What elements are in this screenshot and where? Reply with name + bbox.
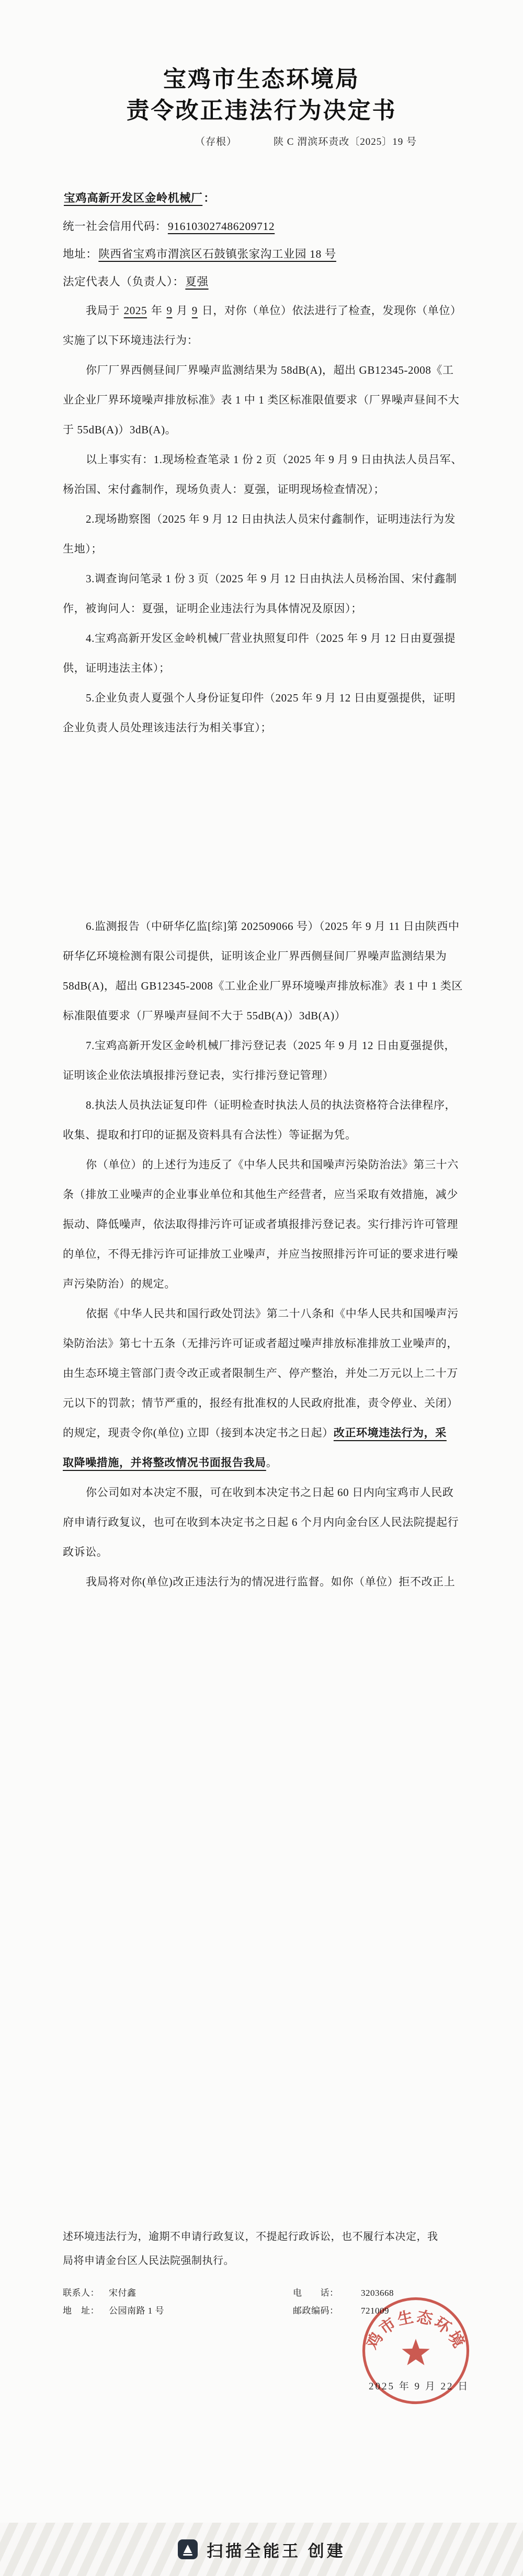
body-line: 供，证明违法主体）； xyxy=(63,653,465,683)
body-line: 5.企业负责人夏强个人身份证复印件（2025 年 9 月 12 日由夏强提供，证… xyxy=(63,683,465,713)
postcode-label: 邮政编码： xyxy=(293,2303,361,2319)
body-line: 你（单位）的上述行为违反了《中华人民共和国噪声污染防治法》第三十六 xyxy=(63,1150,465,1180)
correction-order-emphasis: 改正环境违法行为，采 xyxy=(334,1427,447,1439)
scanned-document-page: { "doc": { "title1": "宝鸡市生态环境局", "title2… xyxy=(0,0,523,2576)
body-line: 你厂厂界西侧昼间厂界噪声监测结果为 58dB(A)，超出 GB12345-200… xyxy=(63,355,465,385)
body-line: 证明该企业依法填报排污登记表，实行排污登记管理） xyxy=(63,1061,465,1090)
inspection-year: 2025 xyxy=(123,304,148,317)
body-line: 生地）； xyxy=(63,534,465,564)
body-line: 以上事实有：1.现场检查笔录 1 份 2 页（2025 年 9 月 9 日由执法… xyxy=(63,445,465,475)
body-line: 政诉讼。 xyxy=(63,1537,465,1567)
enforcement-notice: 述环境违法行为，逾期不申请行政复议，不提起行政诉讼，也不履行本决定，我 局将申请… xyxy=(63,2225,471,2273)
body-line: 染防治法》第七十五条（无排污许可证或者超过噪声排放标准排放工业噪声的， xyxy=(63,1329,465,1359)
body-line: 研华亿环境检测有限公司提供，证明该企业厂界西侧昼间厂界噪声监测结果为 xyxy=(63,941,465,971)
stub-row: （存根） 陕 C 渭滨环责改〔2025〕19 号 xyxy=(44,134,523,148)
body-block-2: 6.监测报告（中研华亿监[综]第 202509066 号）（2025 年 9 月… xyxy=(63,912,465,1597)
recipient-colon: ： xyxy=(203,192,215,204)
inspection-day: 9 xyxy=(191,304,199,317)
body-line: 你公司如对本决定不服，可在收到本决定书之日起 60 日内向宝鸡市人民政 xyxy=(63,1478,465,1508)
inspection-date-line: 我局于 2025 年 9 月 9 日，对你（单位）依法进行了检查，发现你（单位） xyxy=(63,296,465,326)
title-document-type: 责令改正违法行为决定书 xyxy=(0,95,523,126)
recipient-name: 宝鸡高新开发区金岭机械厂 xyxy=(63,192,203,204)
body-line: 局将申请金台区人民法院强制执行。 xyxy=(63,2249,471,2273)
credit-code-value: 916103027486209712 xyxy=(167,220,276,233)
body-line: 依据《中华人民共和国行政处罚法》第二十八条和《中华人民共和国噪声污 xyxy=(63,1299,465,1329)
body-line: 杨治国、宋付鑫制作，现场负责人：夏强，证明现场检查情况）； xyxy=(63,475,465,504)
camscanner-logo-icon xyxy=(177,2539,198,2560)
legal-rep-value: 夏强 xyxy=(184,275,209,288)
body-line: 述环境违法行为，逾期不申请行政复议，不提起行政诉讼，也不履行本决定，我 xyxy=(63,2225,471,2249)
body-line: 作，被询问人：夏强，证明企业违法行为具体情况及原因）； xyxy=(63,594,465,624)
office-address-label: 地 址： xyxy=(63,2303,109,2319)
credit-code-line: 统一社会信用代码：916103027486209712 xyxy=(63,217,471,234)
contact-person-label: 联系人： xyxy=(63,2285,109,2301)
body-line: 8.执法人员执法证复印件（证明检查时执法人员的执法资格符合法律程序， xyxy=(63,1090,465,1120)
body-line: 标准限值要求（厂界噪声昼间不大于 55dB(A)）3dB(A)） xyxy=(63,1001,465,1031)
body-line: 6.监测报告（中研华亿监[综]第 202509066 号）（2025 年 9 月… xyxy=(63,912,465,941)
phone-label: 电 话： xyxy=(293,2285,361,2301)
body-line: 的单位，不得无排污许可证排放工业噪声，并应当按照排污许可证的要求进行噪 xyxy=(63,1239,465,1269)
official-seal: 宝鸡市生态环境局 xyxy=(356,2291,475,2410)
document-title: 宝鸡市生态环境局 责令改正违法行为决定书 xyxy=(0,64,523,126)
legal-rep-line: 法定代表人（负责人）：夏强 xyxy=(63,273,471,289)
body-line: 实施了以下环境违法行为： xyxy=(63,326,465,355)
credit-code-label: 统一社会信用代码： xyxy=(63,220,167,233)
body-line: 2.现场勘察图（2025 年 9 月 12 日由执法人员宋付鑫制作，证明违法行为… xyxy=(63,504,465,534)
correction-order-line-2: 取降噪措施，并将整改情况书面报告我局。 xyxy=(63,1448,465,1478)
body-line: 7.宝鸡高新开发区金岭机械厂排污登记表（2025 年 9 月 12 日由夏强提供… xyxy=(63,1031,465,1061)
correction-order-emphasis: 取降噪措施，并将整改情况书面报告我局 xyxy=(63,1456,266,1469)
body-line: 由生态环境主管部门责令改正或者限制生产、停产整治，并处二万元以上二十万 xyxy=(63,1359,465,1388)
body-line: 府申请行政复议，也可在收到本决定书之日起 6 个月内向金台区人民法院提起行 xyxy=(63,1508,465,1537)
body-line: 收集、提取和打印的证据及资料具有合法性）等证据为凭。 xyxy=(63,1120,465,1150)
body-line: 企业负责人员处理该违法行为相关事宜）； xyxy=(63,713,465,743)
legal-rep-label: 法定代表人（负责人）： xyxy=(63,275,184,288)
body-block-1: 我局于 2025 年 9 月 9 日，对你（单位）依法进行了检查，发现你（单位）… xyxy=(63,296,465,743)
body-line: 条（排放工业噪声的企业事业单位和其他生产经营者，应当采取有效措施，减少 xyxy=(63,1180,465,1210)
correction-order-line-1: 的规定，现责令你(单位) 立即（接到本决定书之日起）改正环境违法行为，采 xyxy=(63,1418,465,1448)
title-agency: 宝鸡市生态环境局 xyxy=(0,64,523,95)
seal-star-icon xyxy=(402,2339,429,2365)
recipient-line: 宝鸡高新开发区金岭机械厂： xyxy=(63,189,471,205)
body-line: 元以下的罚款；情节严重的，报经有批准权的人民政府批准，责令停业、关闭） xyxy=(63,1388,465,1418)
body-line: 业企业厂界环境噪声排放标准》表 1 中 1 类区标准限值要求（厂界噪声昼间不大 xyxy=(63,385,465,415)
address-value: 陕西省宝鸡市渭滨区石鼓镇张家沟工业园 18 号 xyxy=(97,248,337,260)
document-number: 陕 C 渭滨环责改〔2025〕19 号 xyxy=(274,134,417,148)
stub-label: （存根） xyxy=(195,134,237,148)
address-line: 地址：陕西省宝鸡市渭滨区石鼓镇张家沟工业园 18 号 xyxy=(63,245,471,261)
body-line: 于 55dB(A)）3dB(A)。 xyxy=(63,415,465,445)
inspection-month: 9 xyxy=(165,304,173,317)
body-line: 58dB(A)，超出 GB12345-2008《工业企业厂界环境噪声排放标准》表… xyxy=(63,971,465,1001)
contact-person-value: 宋付鑫 xyxy=(109,2285,293,2301)
body-line: 声污染防治）的规定。 xyxy=(63,1269,465,1299)
office-address-value: 公园南路 1 号 xyxy=(109,2303,293,2319)
scanner-watermark-text: 扫描全能王 创建 xyxy=(207,2538,346,2561)
body-line: 振动、降低噪声，依法取得排污许可证或者填报排污登记表。实行排污许可管理 xyxy=(63,1210,465,1239)
body-line: 4.宝鸡高新开发区金岭机械厂营业执照复印件（2025 年 9 月 12 日由夏强… xyxy=(63,624,465,653)
scanner-watermark-bar: 扫描全能王 创建 xyxy=(0,2523,523,2576)
body-line: 我局将对你(单位)改正违法行为的情况进行监督。如你（单位）拒不改正上 xyxy=(63,1567,465,1597)
body-line: 3.调查询问笔录 1 份 3 页（2025 年 9 月 12 日由执法人员杨治国… xyxy=(63,564,465,594)
address-label: 地址： xyxy=(63,248,97,260)
